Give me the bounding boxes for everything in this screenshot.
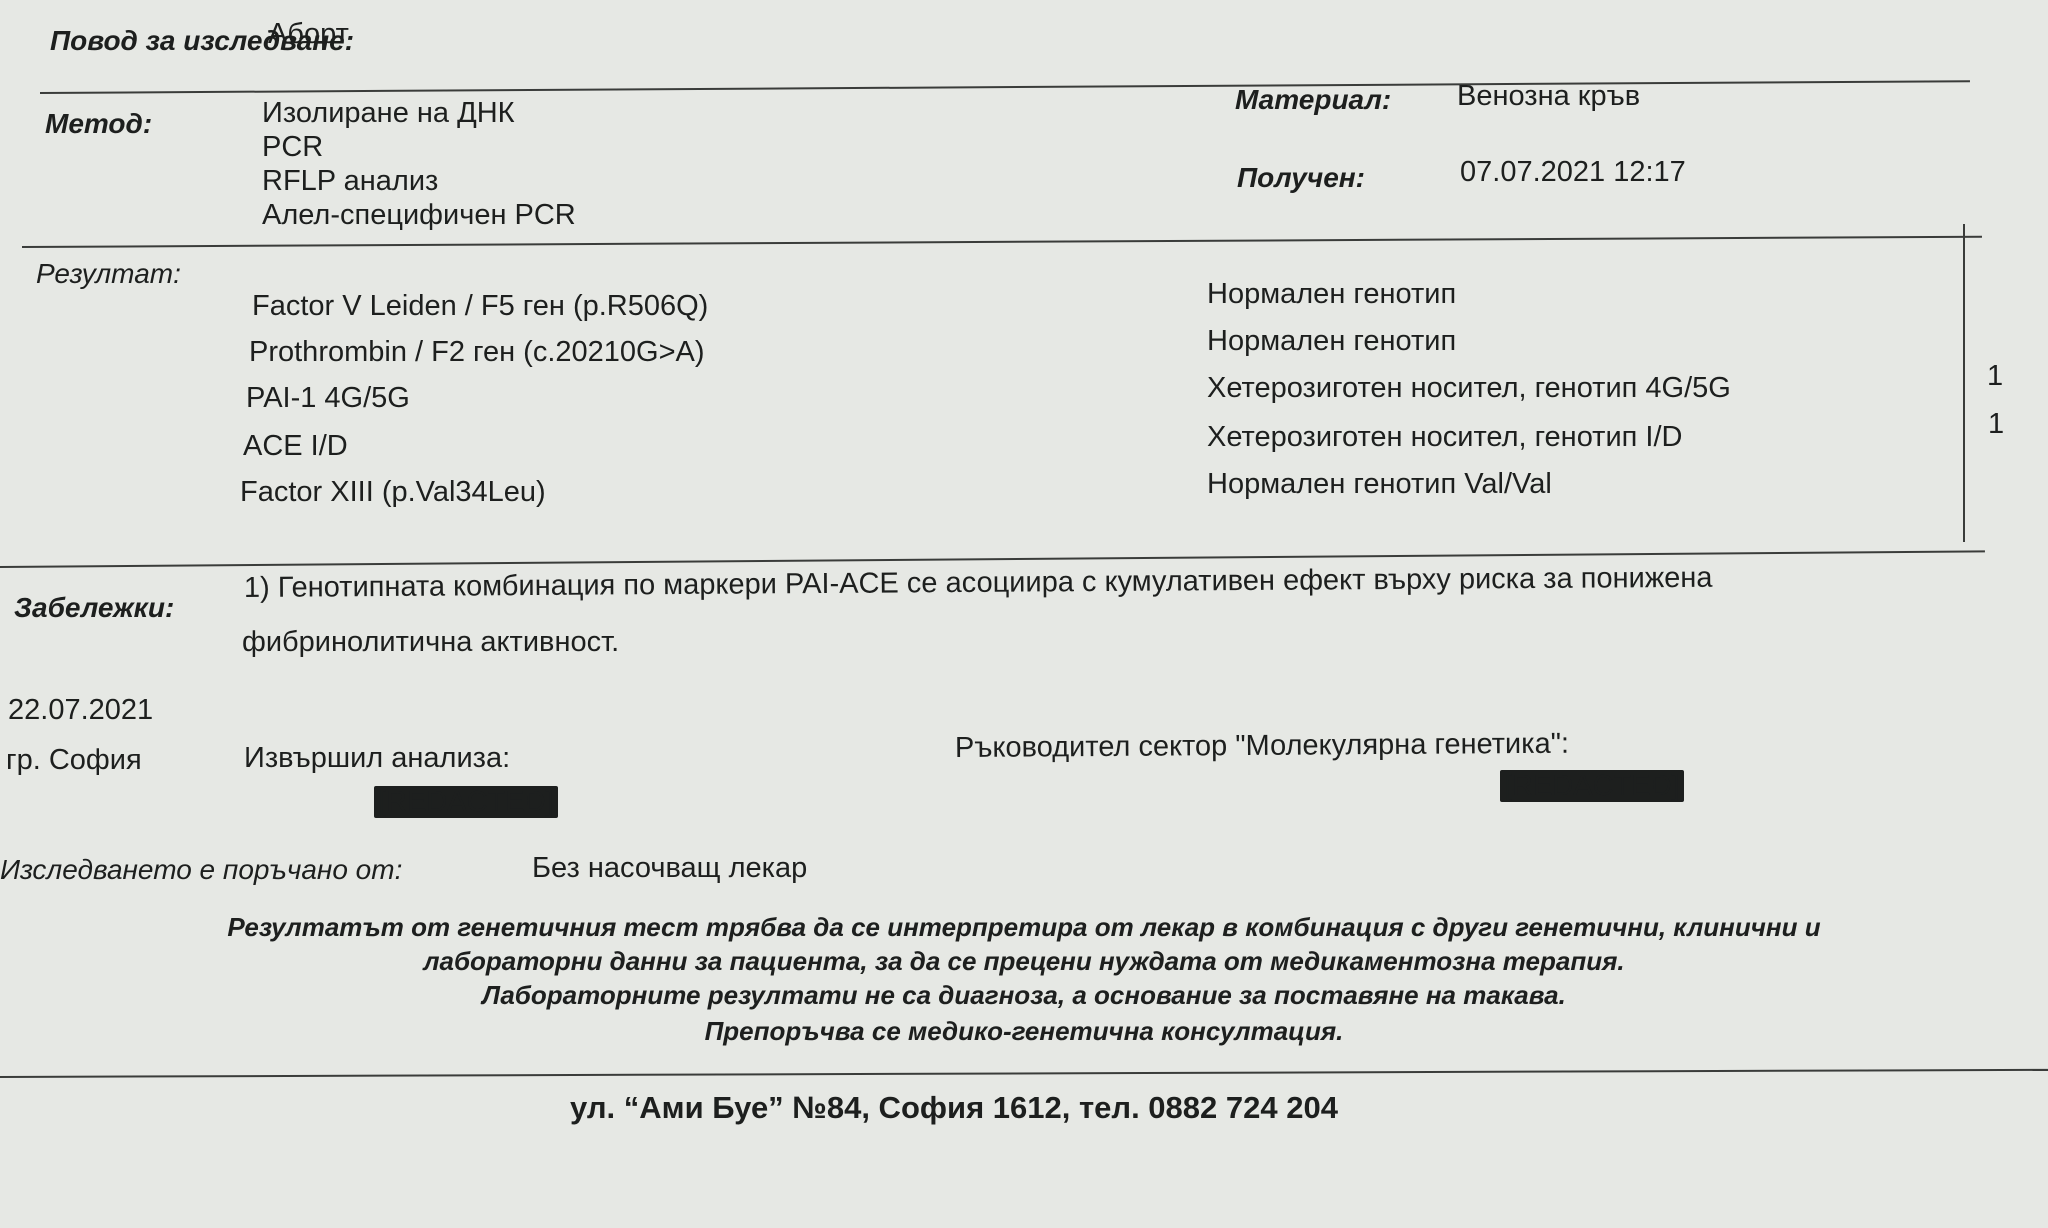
performed-label: Извършил анализа: <box>244 742 510 775</box>
ordered-value: Без насочващ лекар <box>532 852 807 885</box>
disclaimer-line-1: Резултатът от генетичния тест трябва да … <box>0 912 2048 943</box>
ordered-label: Изследването е поръчано от: <box>0 854 402 886</box>
result-value: Нормален генотип <box>1207 325 1456 358</box>
remarks-line-2: фибринолитична активност. <box>242 626 619 659</box>
lab-address: ул. “Ами Буе” №84, София 1612, тел. 0882… <box>570 1090 1338 1126</box>
performed-name: [REDACTED] <box>374 786 558 819</box>
divider <box>22 236 1982 248</box>
divider <box>0 1069 2048 1078</box>
results-label: Резултат: <box>36 258 181 290</box>
result-marker: Factor XIII (p.Val34Leu) <box>240 476 546 509</box>
result-marker: Factor V Leiden / F5 ген (p.R506Q) <box>252 290 708 323</box>
disclaimer-line-2: лабораторни данни за пациента, за да се … <box>0 946 2048 977</box>
result-marker: ACE I/D <box>243 430 348 463</box>
method-list: Изолиране на ДНК PCR RFLP анализ Алел-сп… <box>262 96 576 232</box>
remarks-label: Забележки: <box>14 592 174 624</box>
disclaimer-line-4: Препоръчва се медико-генетична консултац… <box>0 1016 2048 1047</box>
received-value: 07.07.2021 12:17 <box>1460 156 1686 189</box>
result-footnote: 1 <box>1987 360 2003 393</box>
head-label: Ръководител сектор "Молекулярна генетика… <box>955 728 1569 765</box>
result-value: Хетерозиготен носител, генотип 4G/5G <box>1207 372 1731 405</box>
method-item: Алел-специфичен PCR <box>262 198 576 232</box>
result-footnote: 1 <box>1988 408 2004 441</box>
material-value: Венозна кръв <box>1457 80 1640 113</box>
disclaimer-line-3: Лабораторните резултати не са диагноза, … <box>0 980 2048 1011</box>
remarks-line-1: 1) Генотипната комбинация по маркери PAI… <box>244 562 1713 605</box>
received-label: Получен: <box>1237 162 1365 194</box>
method-item: RFLP анализ <box>262 164 576 198</box>
divider <box>40 80 1970 94</box>
report-date: 22.07.2021 <box>8 694 153 727</box>
result-value: Нормален генотип Val/Val <box>1207 468 1552 501</box>
results-right-border <box>1963 224 1965 542</box>
material-label: Материал: <box>1235 84 1391 116</box>
city: гр. София <box>6 744 142 777</box>
reason-value: Аборт <box>268 18 349 51</box>
result-marker: PAI-1 4G/5G <box>246 382 410 415</box>
result-marker: Prothrombin / F2 ген (c.20210G>A) <box>249 336 705 369</box>
method-item: Изолиране на ДНК <box>262 96 576 130</box>
result-value: Хетерозиготен носител, генотип I/D <box>1207 421 1682 454</box>
method-item: PCR <box>262 130 576 164</box>
head-name: [REDACTED] <box>1500 770 1684 803</box>
result-value: Нормален генотип <box>1207 278 1456 311</box>
method-label: Метод: <box>45 108 152 140</box>
